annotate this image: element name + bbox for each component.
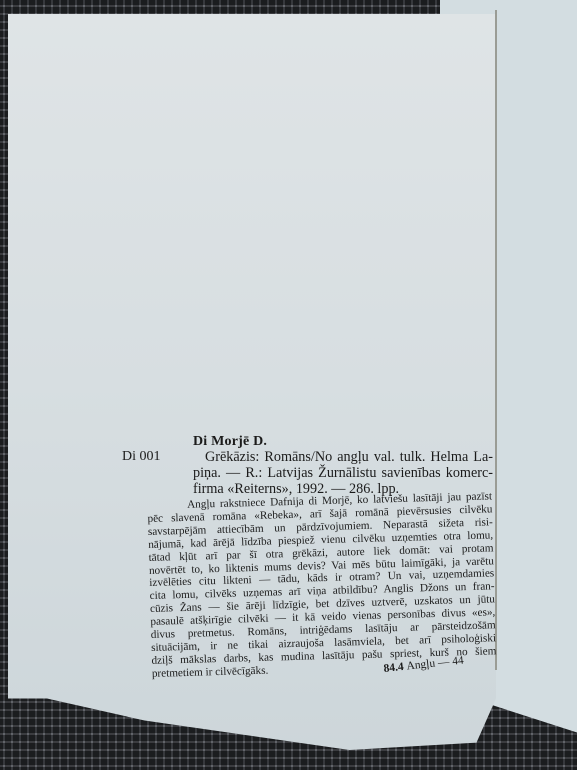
bibliographic-description: Grēkāzis: Romāns/No angļu val. tulk. Hel… [193,449,493,497]
call-number: Di 001 [122,449,161,465]
catalog-card: Di Morjē D. Di 001 Grēkāzis: Romāns/No a… [0,0,577,770]
bib-line: Grēkāzis: Romāns/No angļu val. tulk. Hel… [193,449,493,465]
author-heading: Di Morjē D. [193,434,267,450]
classification-code: 84.4 [383,661,404,675]
bib-line: piņa. — R.: Latvijas Žurnālistu savienīb… [193,465,493,481]
annotation: Angļu rakstniece Dafnija di Morjē, ko la… [147,490,497,680]
